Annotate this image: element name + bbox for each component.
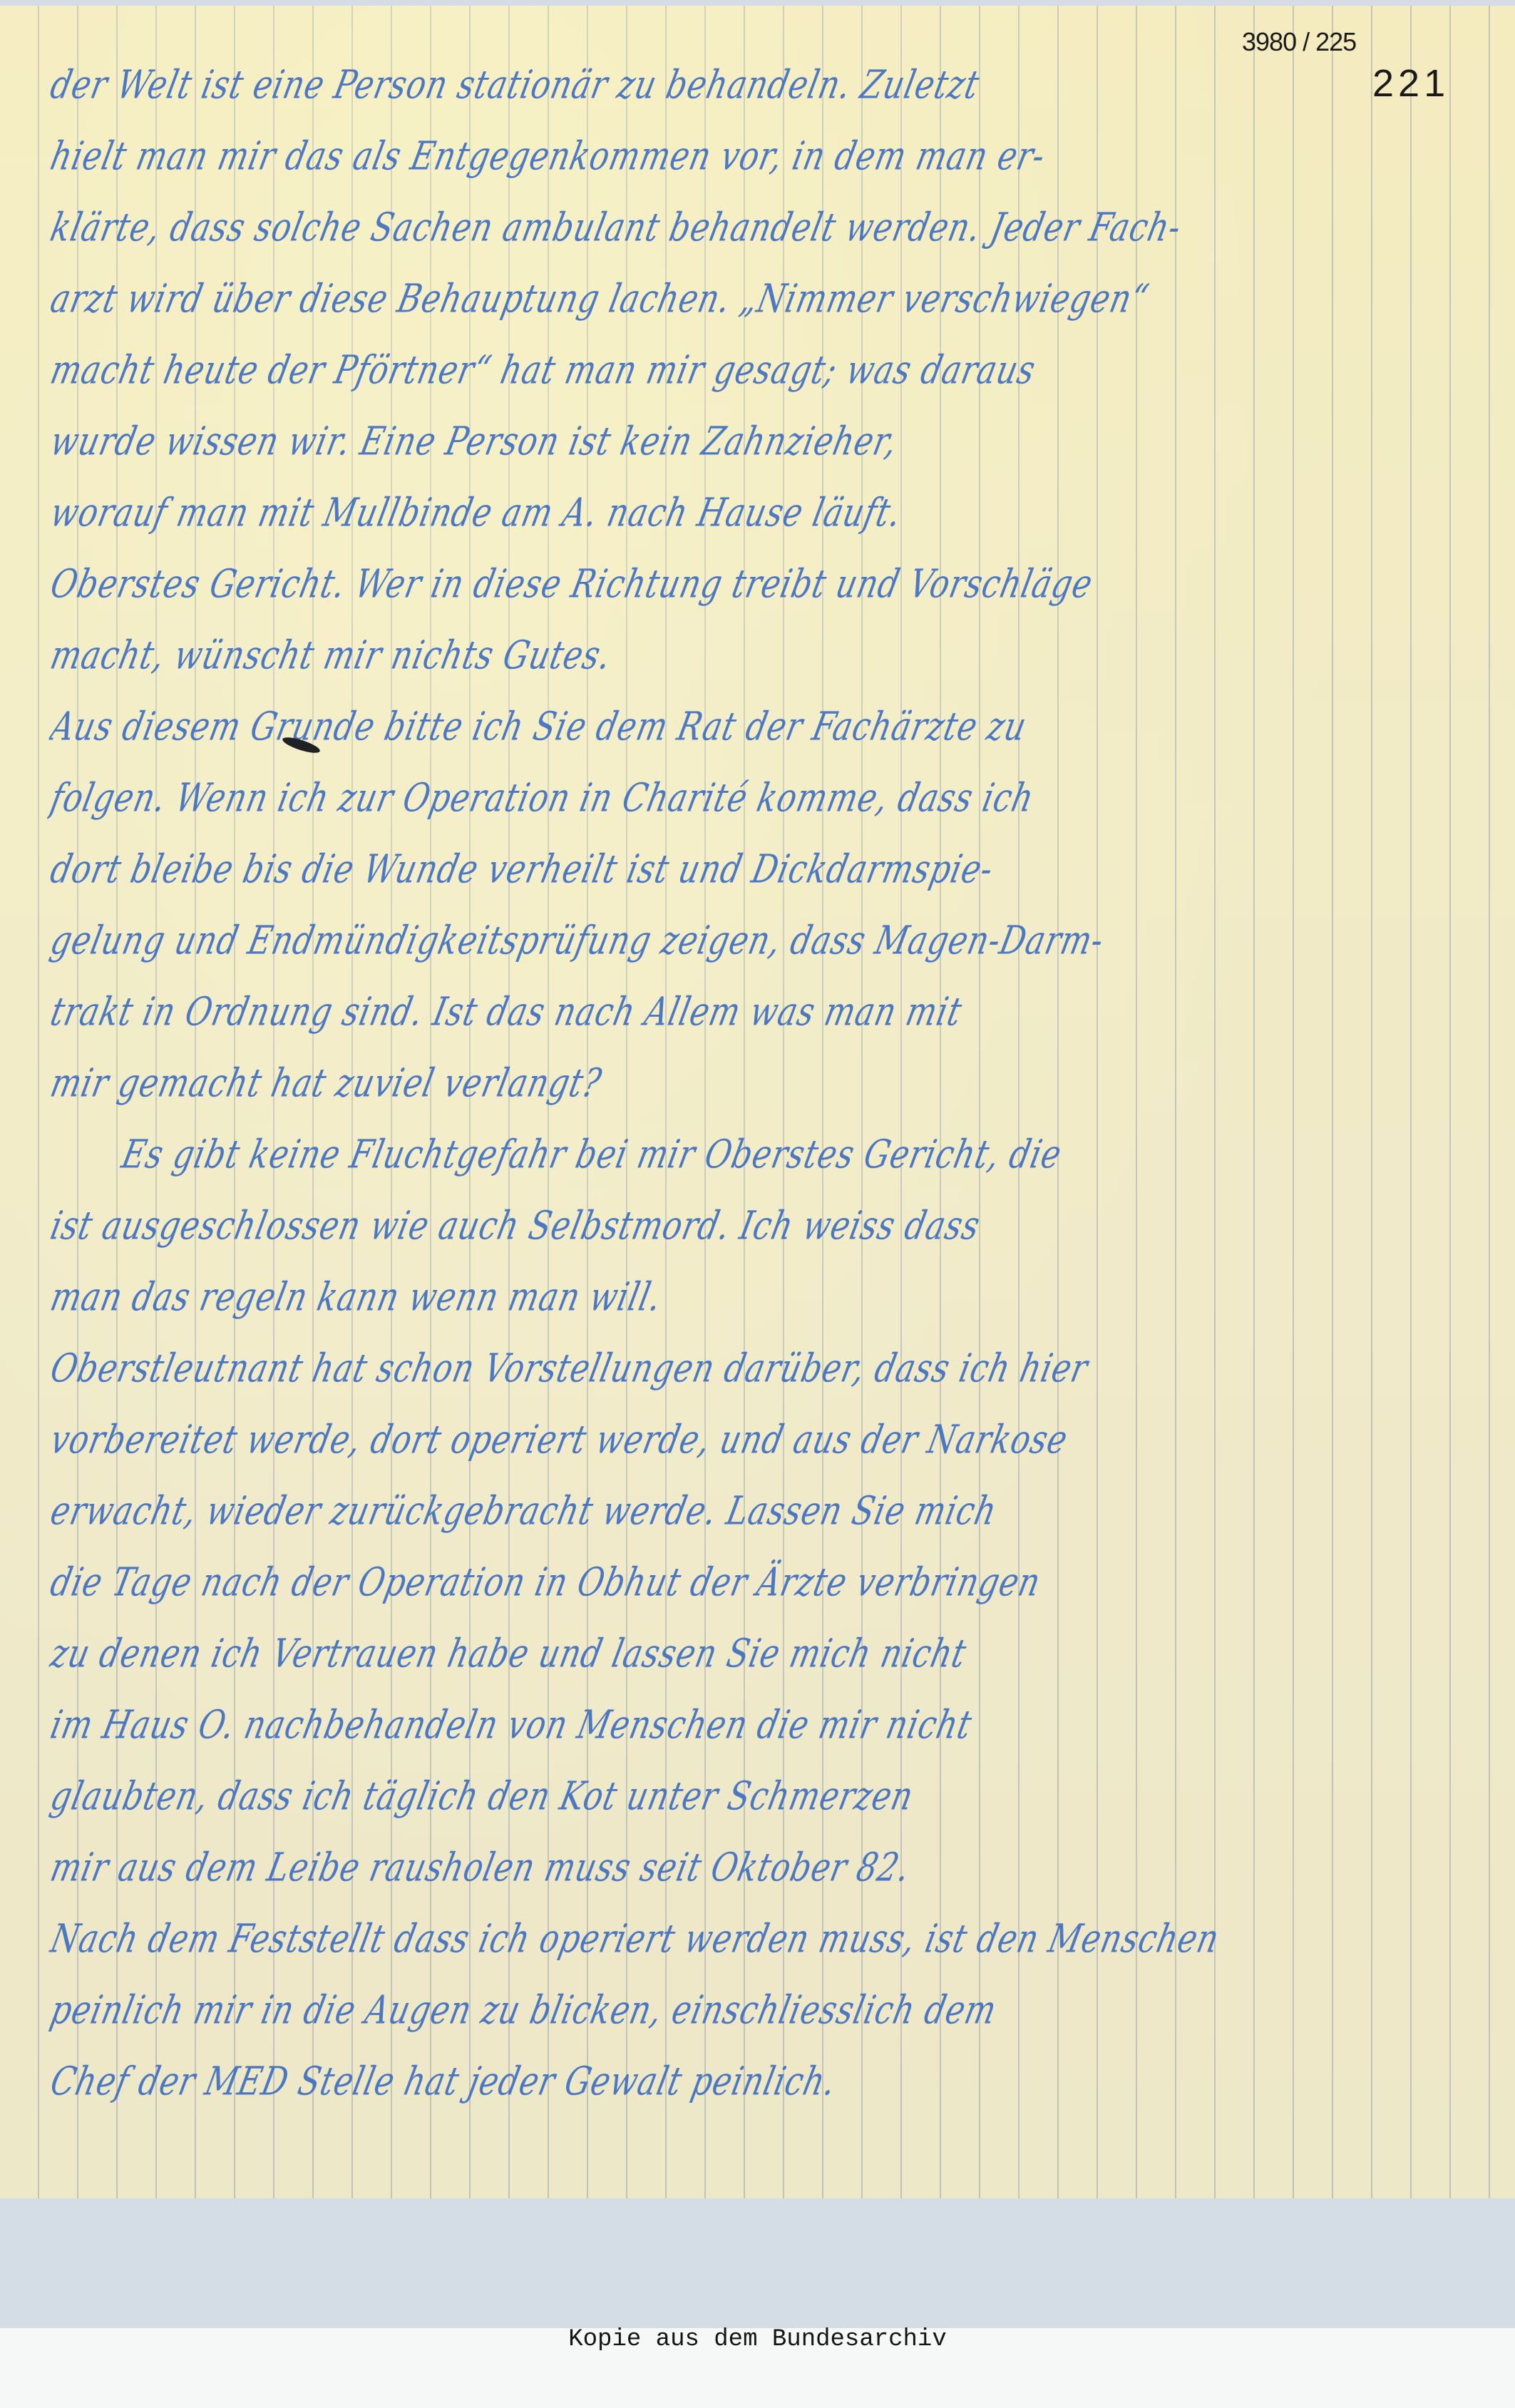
- letter-page: 3980 / 225 221 der Welt ist eine Person …: [0, 6, 1515, 2198]
- page-number: 221: [1372, 61, 1449, 106]
- handwritten-line: Chef der MED Stelle hat jeder Gewalt pei…: [42, 2038, 1480, 2127]
- archive-stamp: 3980 / 225: [1242, 27, 1356, 57]
- archive-footer-caption: Kopie aus dem Bundesarchiv: [0, 2326, 1515, 2353]
- handwritten-text-block: der Welt ist eine Person stationär zu be…: [51, 50, 1470, 2118]
